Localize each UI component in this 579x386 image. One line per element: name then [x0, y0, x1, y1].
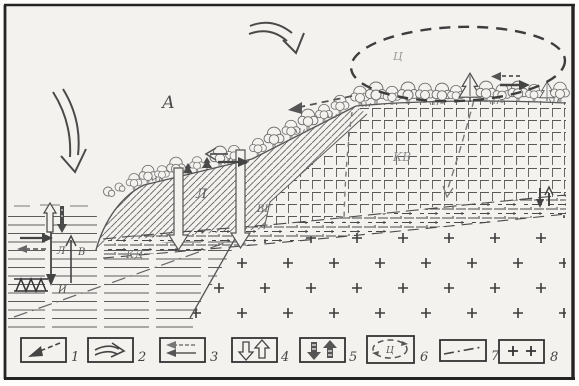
- legend-num-4: 4: [280, 350, 289, 365]
- legend-cycle-letter: Ц: [386, 346, 395, 356]
- figure-scan: А Ц КВ Л ВГ КД Л В И 1 2: [0, 0, 579, 386]
- label-upward-moisture: В: [77, 247, 85, 258]
- label-weathering-crust: КВ: [392, 150, 411, 164]
- legend-num-8: 8: [550, 350, 558, 365]
- label-aquifer: ВГ: [256, 204, 271, 215]
- label-atmosphere: А: [161, 93, 175, 113]
- label-continental-deposits: КД: [125, 248, 145, 261]
- label-biologic-cycle: Ц: [393, 50, 403, 63]
- label-left-slope: Л: [56, 246, 66, 257]
- legend-num-3: 3: [210, 350, 218, 365]
- legend-num-6: 6: [420, 350, 428, 365]
- label-evaporation: И: [57, 285, 67, 296]
- label-slope-deposits: Л: [195, 187, 208, 202]
- legend-num-1: 1: [71, 350, 79, 365]
- cross-section-diagram: А Ц КВ Л ВГ КД Л В И 1 2: [0, 0, 579, 386]
- legend-num-5: 5: [349, 350, 357, 365]
- legend-num-2: 2: [137, 350, 146, 365]
